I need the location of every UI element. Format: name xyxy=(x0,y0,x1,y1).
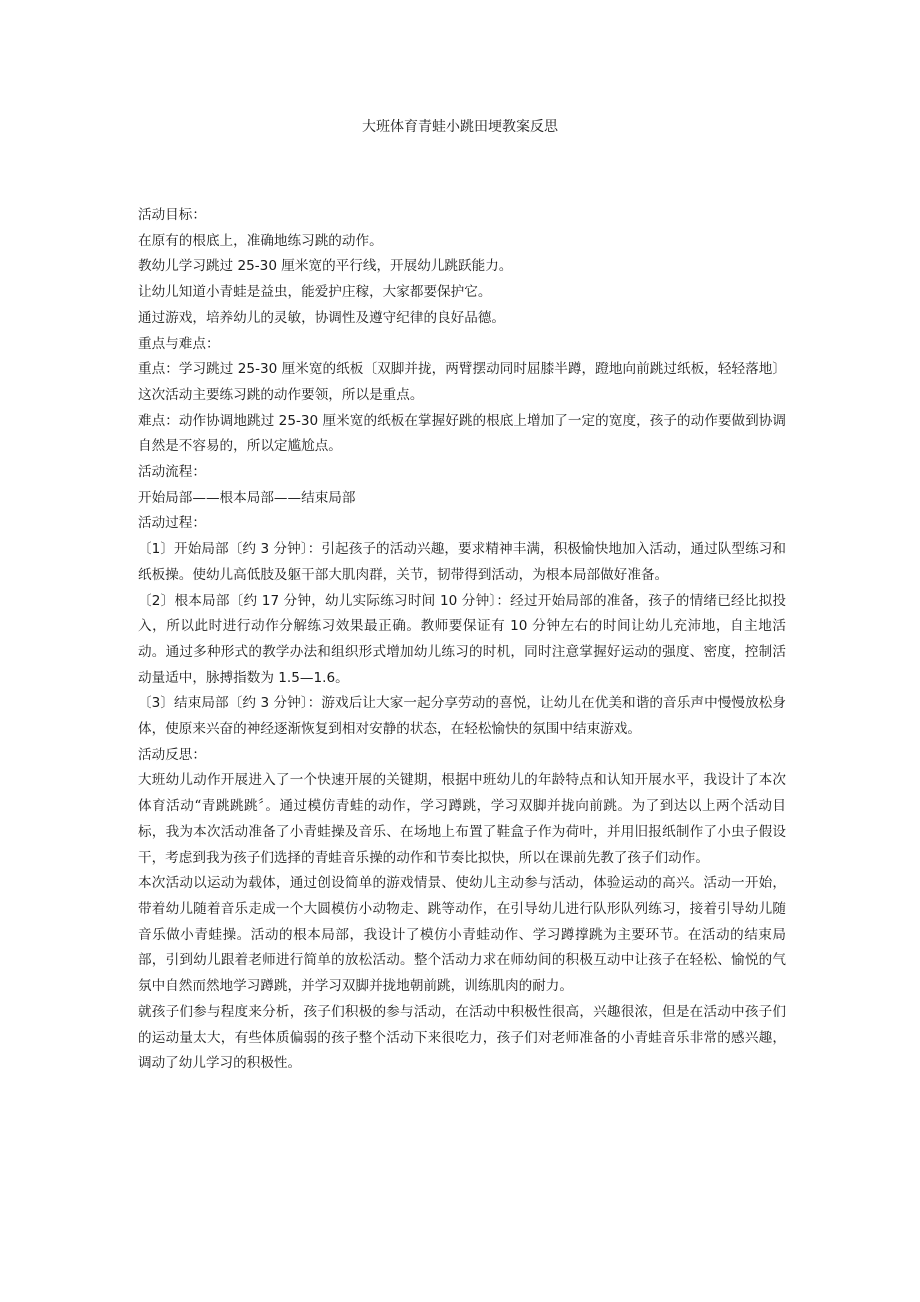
heading-key-difficult-points: 重点与难点： xyxy=(138,332,786,358)
reflection-paragraph: 大班幼儿动作开展进入了一个快速开展的关键期，根据中班幼儿的年龄特点和认知开展水平… xyxy=(138,768,786,871)
goal-item: 在原有的根底上，准确地练习跳的动作。 xyxy=(138,229,786,255)
difficult-point-paragraph: 难点：动作协调地跳过 25-30 厘米宽的纸板在掌握好跳的根底上增加了一定的宽度… xyxy=(138,409,786,460)
key-point-paragraph: 重点：学习跳过 25-30 厘米宽的纸板〔双脚并拢，两臂摆动同时屈膝半蹲，蹬地向… xyxy=(138,357,786,408)
reflection-paragraph: 就孩子们参与程度来分析，孩子们积极的参与活动，在活动中积极性很高，兴趣很浓，但是… xyxy=(138,1000,786,1077)
document-title: 大班体育青蛙小跳田埂教案反思 xyxy=(0,116,920,138)
heading-activity-process: 活动过程： xyxy=(138,511,786,537)
heading-activity-flow: 活动流程： xyxy=(138,460,786,486)
process-step-3: 〔3〕结束局部〔约 3 分钟〕：游戏后让大家一起分享劳动的喜悦，让幼儿在优美和谐… xyxy=(138,691,786,742)
heading-activity-reflection: 活动反思： xyxy=(138,743,786,769)
reflection-paragraph: 本次活动以运动为载体，通过创设简单的游戏情景、使幼儿主动参与活动，体验运动的高兴… xyxy=(138,871,786,1000)
goal-item: 教幼儿学习跳过 25-30 厘米宽的平行线，开展幼儿跳跃能力。 xyxy=(138,254,786,280)
document-body: 活动目标： 在原有的根底上，准确地练习跳的动作。 教幼儿学习跳过 25-30 厘… xyxy=(138,203,786,1077)
activity-flow-line: 开始局部——根本局部——结束局部 xyxy=(138,486,786,512)
document-page: 大班体育青蛙小跳田埂教案反思 活动目标： 在原有的根底上，准确地练习跳的动作。 … xyxy=(0,0,920,1302)
process-step-2: 〔2〕根本局部〔约 17 分钟，幼儿实际练习时间 10 分钟〕：经过开始局部的准… xyxy=(138,589,786,692)
goal-item: 通过游戏，培养幼儿的灵敏，协调性及遵守纪律的良好品德。 xyxy=(138,306,786,332)
heading-activity-goals: 活动目标： xyxy=(138,203,786,229)
goal-item: 让幼儿知道小青蛙是益虫，能爱护庄稼，大家都要保护它。 xyxy=(138,280,786,306)
process-step-1: 〔1〕开始局部〔约 3 分钟〕：引起孩子的活动兴趣，要求精神丰满，积极愉快地加入… xyxy=(138,537,786,588)
